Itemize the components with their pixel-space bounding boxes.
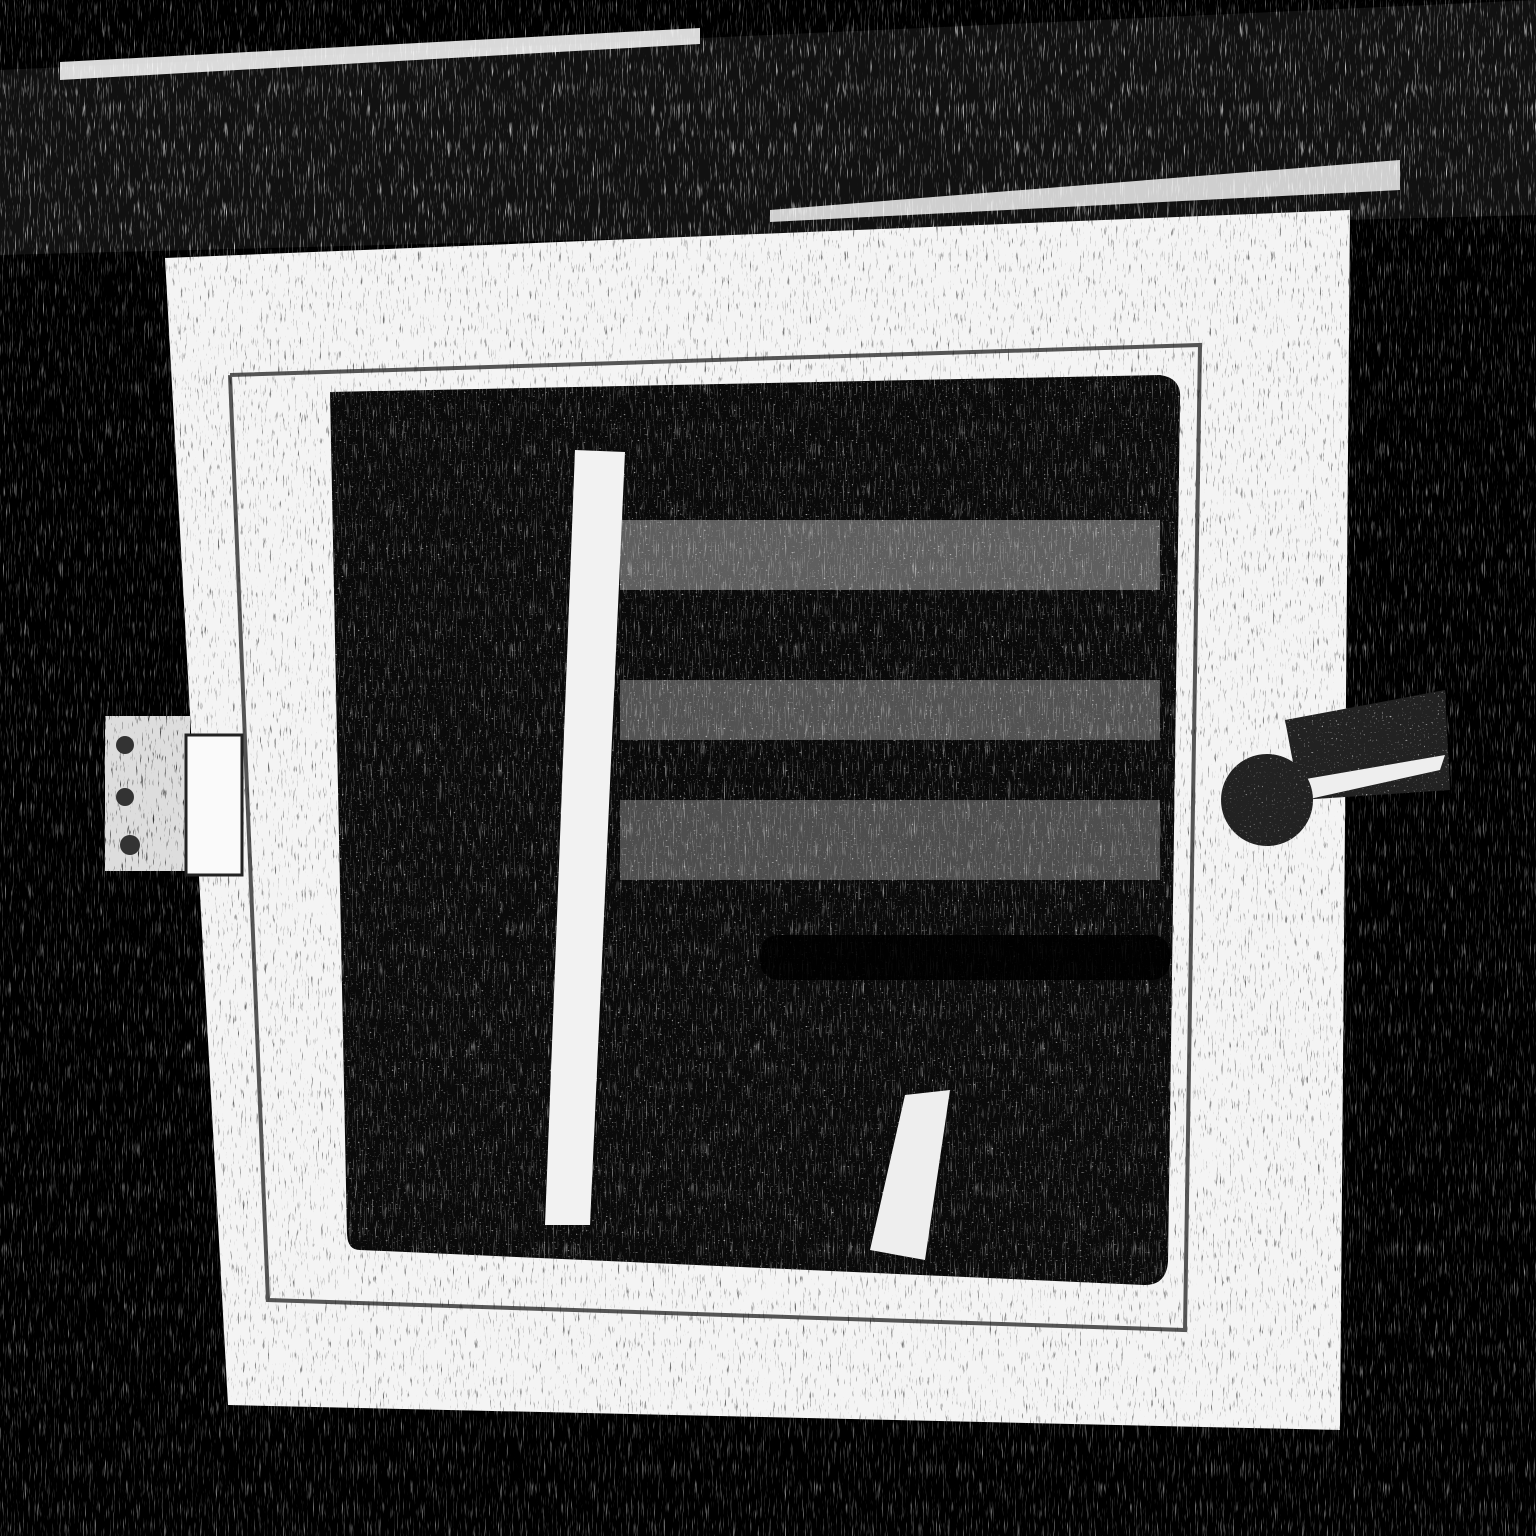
hinge bbox=[105, 716, 242, 875]
glass-pane bbox=[330, 375, 1180, 1285]
photo-scene bbox=[0, 0, 1536, 1536]
knob bbox=[1221, 754, 1313, 846]
